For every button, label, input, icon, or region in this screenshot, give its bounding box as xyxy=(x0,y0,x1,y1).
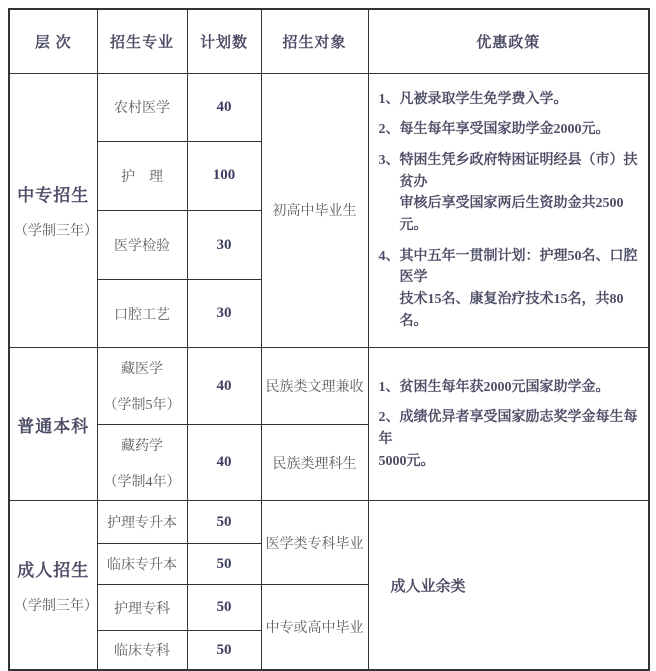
plan-cell: 40 xyxy=(187,73,261,141)
target-cell: 中专或高中毕业 xyxy=(261,585,368,670)
header-plan: 计划数 xyxy=(187,9,261,73)
policy-cell: 1、贫困生每年获2000元国家助学金。 2、成绩优异者享受国家励志奖学金每生每年… xyxy=(368,348,649,501)
plan-cell: 30 xyxy=(187,210,261,279)
major-cell: 口腔工艺 xyxy=(97,280,187,348)
table-row: 普通本科 藏医学 （学制5年） 40 民族类文理兼收 1、贫困生每年获2000元… xyxy=(9,348,649,425)
policy-item-2: 2、每生每年享受国家助学金2000元。 xyxy=(379,119,639,141)
header-major: 招生专业 xyxy=(97,9,187,73)
level-subtitle: （学制三年） xyxy=(14,220,93,240)
header-level: 层 次 xyxy=(9,9,97,73)
plan-cell: 30 xyxy=(187,280,261,348)
plan-cell: 40 xyxy=(187,348,261,425)
major-cell: 护理专科 xyxy=(97,585,187,631)
policy-item-4: 4、其中五年一贯制计划：护理50名、口腔医学 技术15名、康复治疗技术15名，共… xyxy=(379,246,639,333)
level-title: 普通本科 xyxy=(14,412,93,437)
policy-cell: 成人业余类 xyxy=(368,501,649,670)
major-cell: 临床专升本 xyxy=(97,544,187,585)
plan-cell: 50 xyxy=(187,585,261,631)
policy-item-2: 2、成绩优异者享受国家励志奖学金每生每年 5000元。 xyxy=(379,407,639,472)
plan-cell: 50 xyxy=(187,544,261,585)
header-row: 层 次 招生专业 计划数 招生对象 优惠政策 xyxy=(9,9,649,73)
major-duration: （学制4年） xyxy=(102,471,183,491)
policy-item-3: 3、特困生凭乡政府特困证明经县（市）扶贫办 审核后享受国家两后生资助金共2500… xyxy=(379,150,639,237)
table-row: 中专招生 （学制三年） 农村医学 40 初高中毕业生 1、凡被录取学生免学费入学… xyxy=(9,73,649,141)
policy-item-1: 1、贫困生每年获2000元国家助学金。 xyxy=(379,377,639,399)
plan-cell: 50 xyxy=(187,501,261,544)
major-name: 藏医学 xyxy=(102,358,183,378)
plan-cell: 50 xyxy=(187,631,261,670)
policy-cell: 1、凡被录取学生免学费入学。 2、每生每年享受国家助学金2000元。 3、特困生… xyxy=(368,73,649,348)
major-cell: 藏药学 （学制4年） xyxy=(97,425,187,501)
level-cell-chengren: 成人招生 （学制三年） xyxy=(9,501,97,670)
target-cell: 民族类理科生 xyxy=(261,425,368,501)
major-name: 藏药学 xyxy=(102,435,183,455)
target-cell: 初高中毕业生 xyxy=(261,73,368,348)
major-cell: 临床专科 xyxy=(97,631,187,670)
level-cell-zhongzhuan: 中专招生 （学制三年） xyxy=(9,73,97,348)
major-cell: 护理专升本 xyxy=(97,501,187,544)
table-row: 成人招生 （学制三年） 护理专升本 50 医学类专科毕业 成人业余类 xyxy=(9,501,649,544)
major-cell: 医学检验 xyxy=(97,210,187,279)
target-cell: 民族类文理兼收 xyxy=(261,348,368,425)
page: 层 次 招生专业 计划数 招生对象 优惠政策 中专招生 （学制三年） 农村医学 … xyxy=(0,0,656,670)
major-duration: （学制5年） xyxy=(102,394,183,414)
major-cell: 农村医学 xyxy=(97,73,187,141)
plan-cell: 100 xyxy=(187,141,261,210)
level-cell-benke: 普通本科 xyxy=(9,348,97,501)
header-target: 招生对象 xyxy=(261,9,368,73)
plan-cell: 40 xyxy=(187,425,261,501)
level-title: 中专招生 xyxy=(14,181,93,206)
major-cell: 护 理 xyxy=(97,141,187,210)
major-cell: 藏医学 （学制5年） xyxy=(97,348,187,425)
admissions-table: 层 次 招生专业 计划数 招生对象 优惠政策 中专招生 （学制三年） 农村医学 … xyxy=(8,8,650,671)
policy-item-1: 1、凡被录取学生免学费入学。 xyxy=(379,89,639,111)
target-cell: 医学类专科毕业 xyxy=(261,501,368,585)
level-title: 成人招生 xyxy=(14,556,93,581)
level-subtitle: （学制三年） xyxy=(14,595,93,615)
header-policy: 优惠政策 xyxy=(368,9,649,73)
